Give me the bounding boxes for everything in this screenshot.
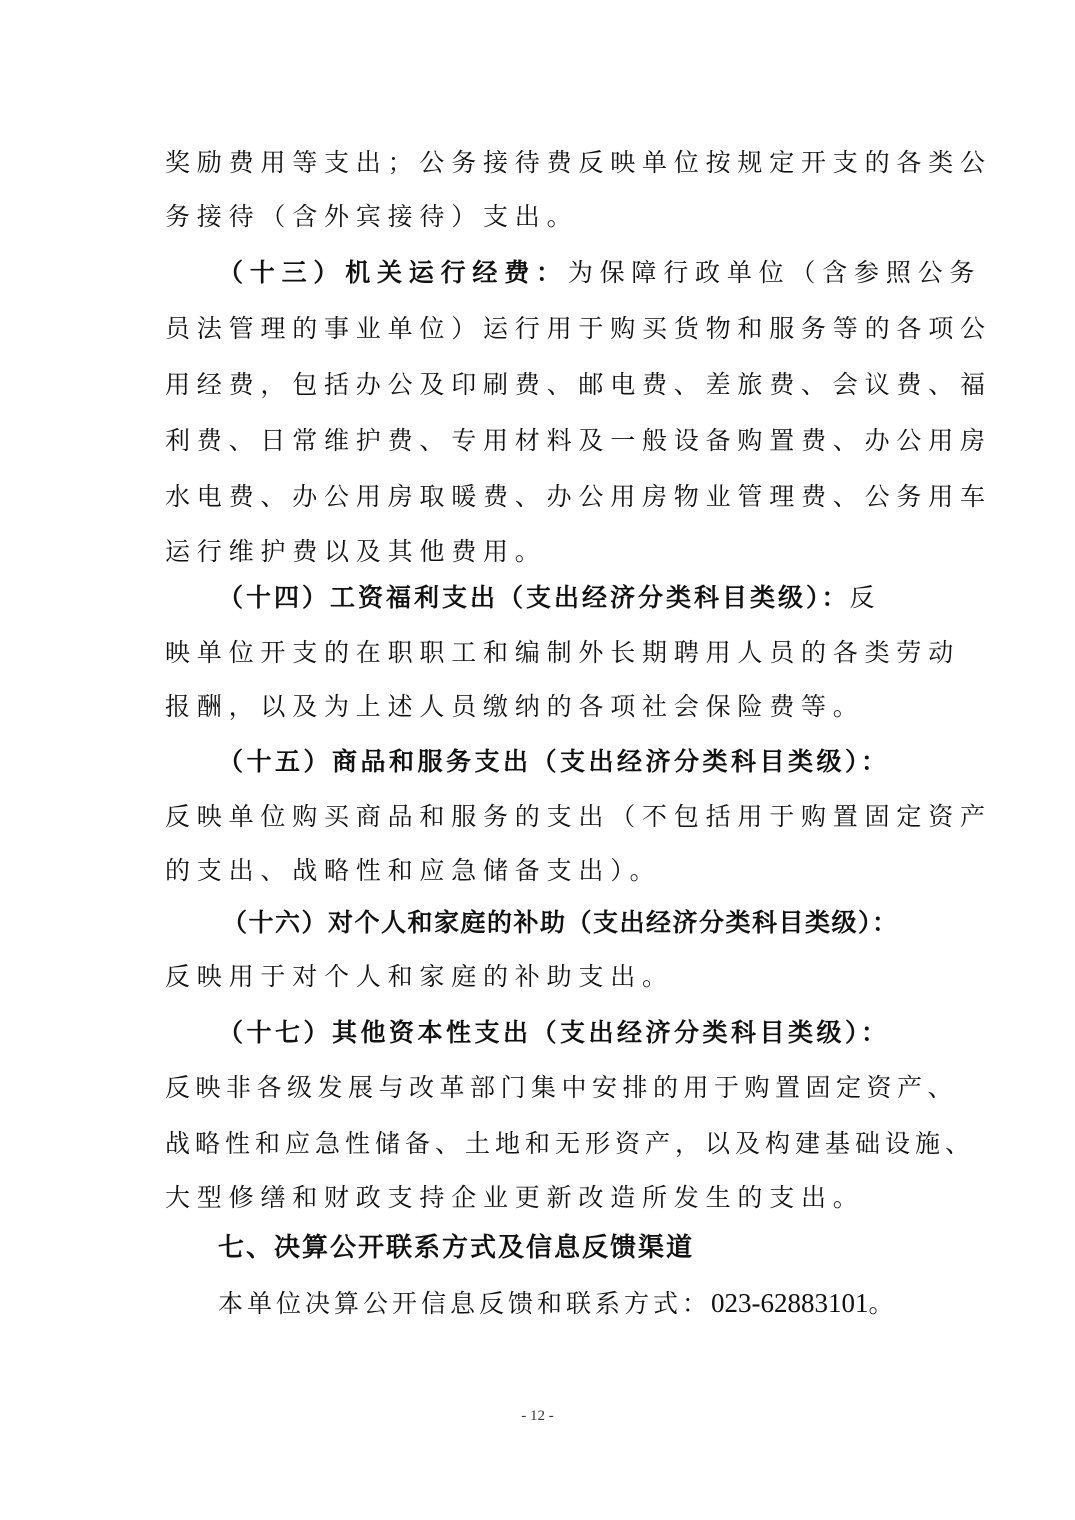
paragraph-line: 用经费，包括办公及印刷费、邮电费、差旅费、会议费、福 — [165, 365, 915, 405]
item-13-text: 为保障行政单位（含参照公务 — [568, 258, 981, 287]
document-page: 奖励费用等支出；公务接待费反映单位按规定开支的各类公 务接待（含外宾接待）支出。… — [0, 0, 1075, 1520]
paragraph-line: 反映用于对个人和家庭的补助支出。 — [165, 957, 915, 997]
item-16-label: （十六）对个人和家庭的补助（支出经济分类科目类级）： — [222, 903, 972, 943]
item-13-label: （十三）机关运行经费： — [218, 258, 568, 287]
section-7-heading: 七、决算公开联系方式及信息反馈渠道 — [218, 1228, 694, 1268]
item-15-label: （十五）商品和服务支出（支出经济分类科目类级）： — [218, 742, 918, 782]
paragraph-line: 员法管理的事业单位）运行用于购买货物和服务等的各项公 — [165, 309, 915, 349]
paragraph-line: 映单位开支的在职职工和编制外长期聘用人员的各类劳动 — [165, 633, 915, 673]
contact-end-mark: 。 — [869, 1289, 898, 1318]
paragraph-line: 奖励费用等支出；公务接待费反映单位按规定开支的各类公 — [165, 143, 915, 183]
contact-label: 本单位决算公开信息反馈和联系方式： — [218, 1289, 711, 1318]
item-14-first-line: （十四）工资福利支出（支出经济分类科目类级）：反 — [218, 578, 918, 618]
page-number: - 12 - — [0, 1408, 1075, 1425]
paragraph-line: 反映非各级发展与改革部门集中安排的用于购置固定资产、 — [165, 1068, 915, 1108]
item-14-label: （十四）工资福利支出（支出经济分类科目类级）： — [218, 583, 850, 612]
contact-phone: 023-62883101 — [711, 1288, 869, 1318]
paragraph-line: 反映单位购买商品和服务的支出（不包括用于购置固定资产 — [165, 797, 915, 837]
paragraph-line: 务接待（含外宾接待）支出。 — [165, 197, 915, 237]
item-17-label: （十七）其他资本性支出（支出经济分类科目类级）： — [218, 1013, 918, 1053]
paragraph-line: 战略性和应急性储备、土地和无形资产，以及构建基础设施、 — [165, 1124, 915, 1164]
paragraph-line: 报酬，以及为上述人员缴纳的各项社会保险费等。 — [165, 687, 915, 727]
item-13-first-line: （十三）机关运行经费：为保障行政单位（含参照公务 — [218, 253, 918, 293]
contact-line: 本单位决算公开信息反馈和联系方式：023-62883101。 — [218, 1283, 918, 1323]
paragraph-line: 大型修缮和财政支持企业更新改造所发生的支出。 — [165, 1178, 915, 1218]
paragraph-line: 的支出、战略性和应急储备支出）。 — [165, 851, 915, 891]
paragraph-line: 利费、日常维护费、专用材料及一般设备购置费、办公用房 — [165, 421, 915, 461]
paragraph-line: 运行维护费以及其他费用。 — [165, 532, 915, 572]
item-14-text: 反 — [850, 583, 878, 612]
paragraph-line: 水电费、办公用房取暖费、办公用房物业管理费、公务用车 — [165, 477, 915, 517]
